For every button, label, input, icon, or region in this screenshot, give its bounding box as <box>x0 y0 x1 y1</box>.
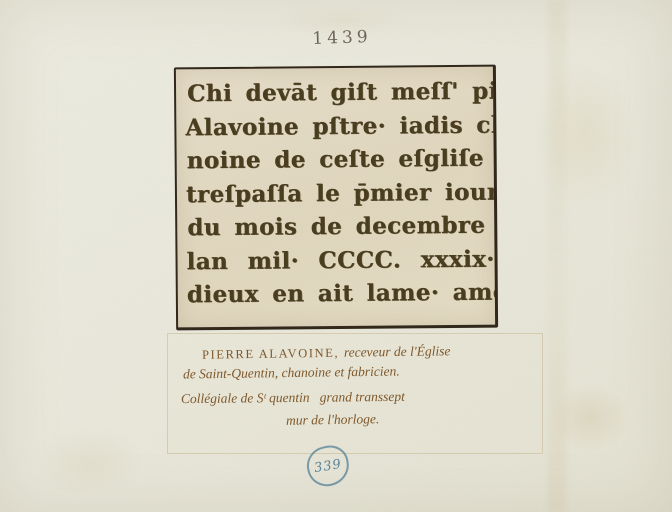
annotation-line-3: Collégiale de Sᵗ quentin grand transsept <box>181 389 405 407</box>
inscription-line-5: du mois de decembre <box>187 209 490 245</box>
paper-stain-bottom-right <box>535 370 645 465</box>
paper-stain-top-right <box>515 35 655 235</box>
annotation-subject-name: PIERRE ALAVOINE, <box>202 346 344 362</box>
epitaph-inscription-plate: Chi devāt giſt meſſ' pierre Alavoine pſt… <box>174 65 498 331</box>
inscription-line-6: lan mil· CCCC. xxxix· <box>186 242 490 278</box>
inscription-line-2: Alavoine pſtre· iadis chā <box>185 108 489 144</box>
annotation-line-2: de Saint-Quentin, chanoine et fabricien. <box>183 363 400 382</box>
stamp-number: 339 <box>313 456 343 475</box>
annotation-line-4: mur de l'horloge. <box>286 411 380 429</box>
annotation-line-1: PIERRE ALAVOINE, receveur de l'Église <box>202 343 451 362</box>
folio-number: 1439 <box>300 27 385 50</box>
paper-stain-bottom-left <box>15 415 165 510</box>
annotation-line-1-rest: receveur de l'Église <box>344 343 451 359</box>
inscription-line-3: noine de ceſte eſgliſe qui <box>187 142 490 178</box>
inscription-line-1: Chi devāt giſt meſſ' pierre <box>187 75 489 111</box>
paper-fold-streak <box>548 0 566 512</box>
inscription-line-7: dieux en ait lame· amen <box>187 276 491 312</box>
inscription-line-4: treſpaſſa le p̄mier iour <box>186 175 490 211</box>
annotation-frame: PIERRE ALAVOINE, receveur de l'Église de… <box>167 333 543 454</box>
scanned-document-page: 1439 Chi devāt giſt meſſ' pierre Alavoin… <box>0 0 672 512</box>
